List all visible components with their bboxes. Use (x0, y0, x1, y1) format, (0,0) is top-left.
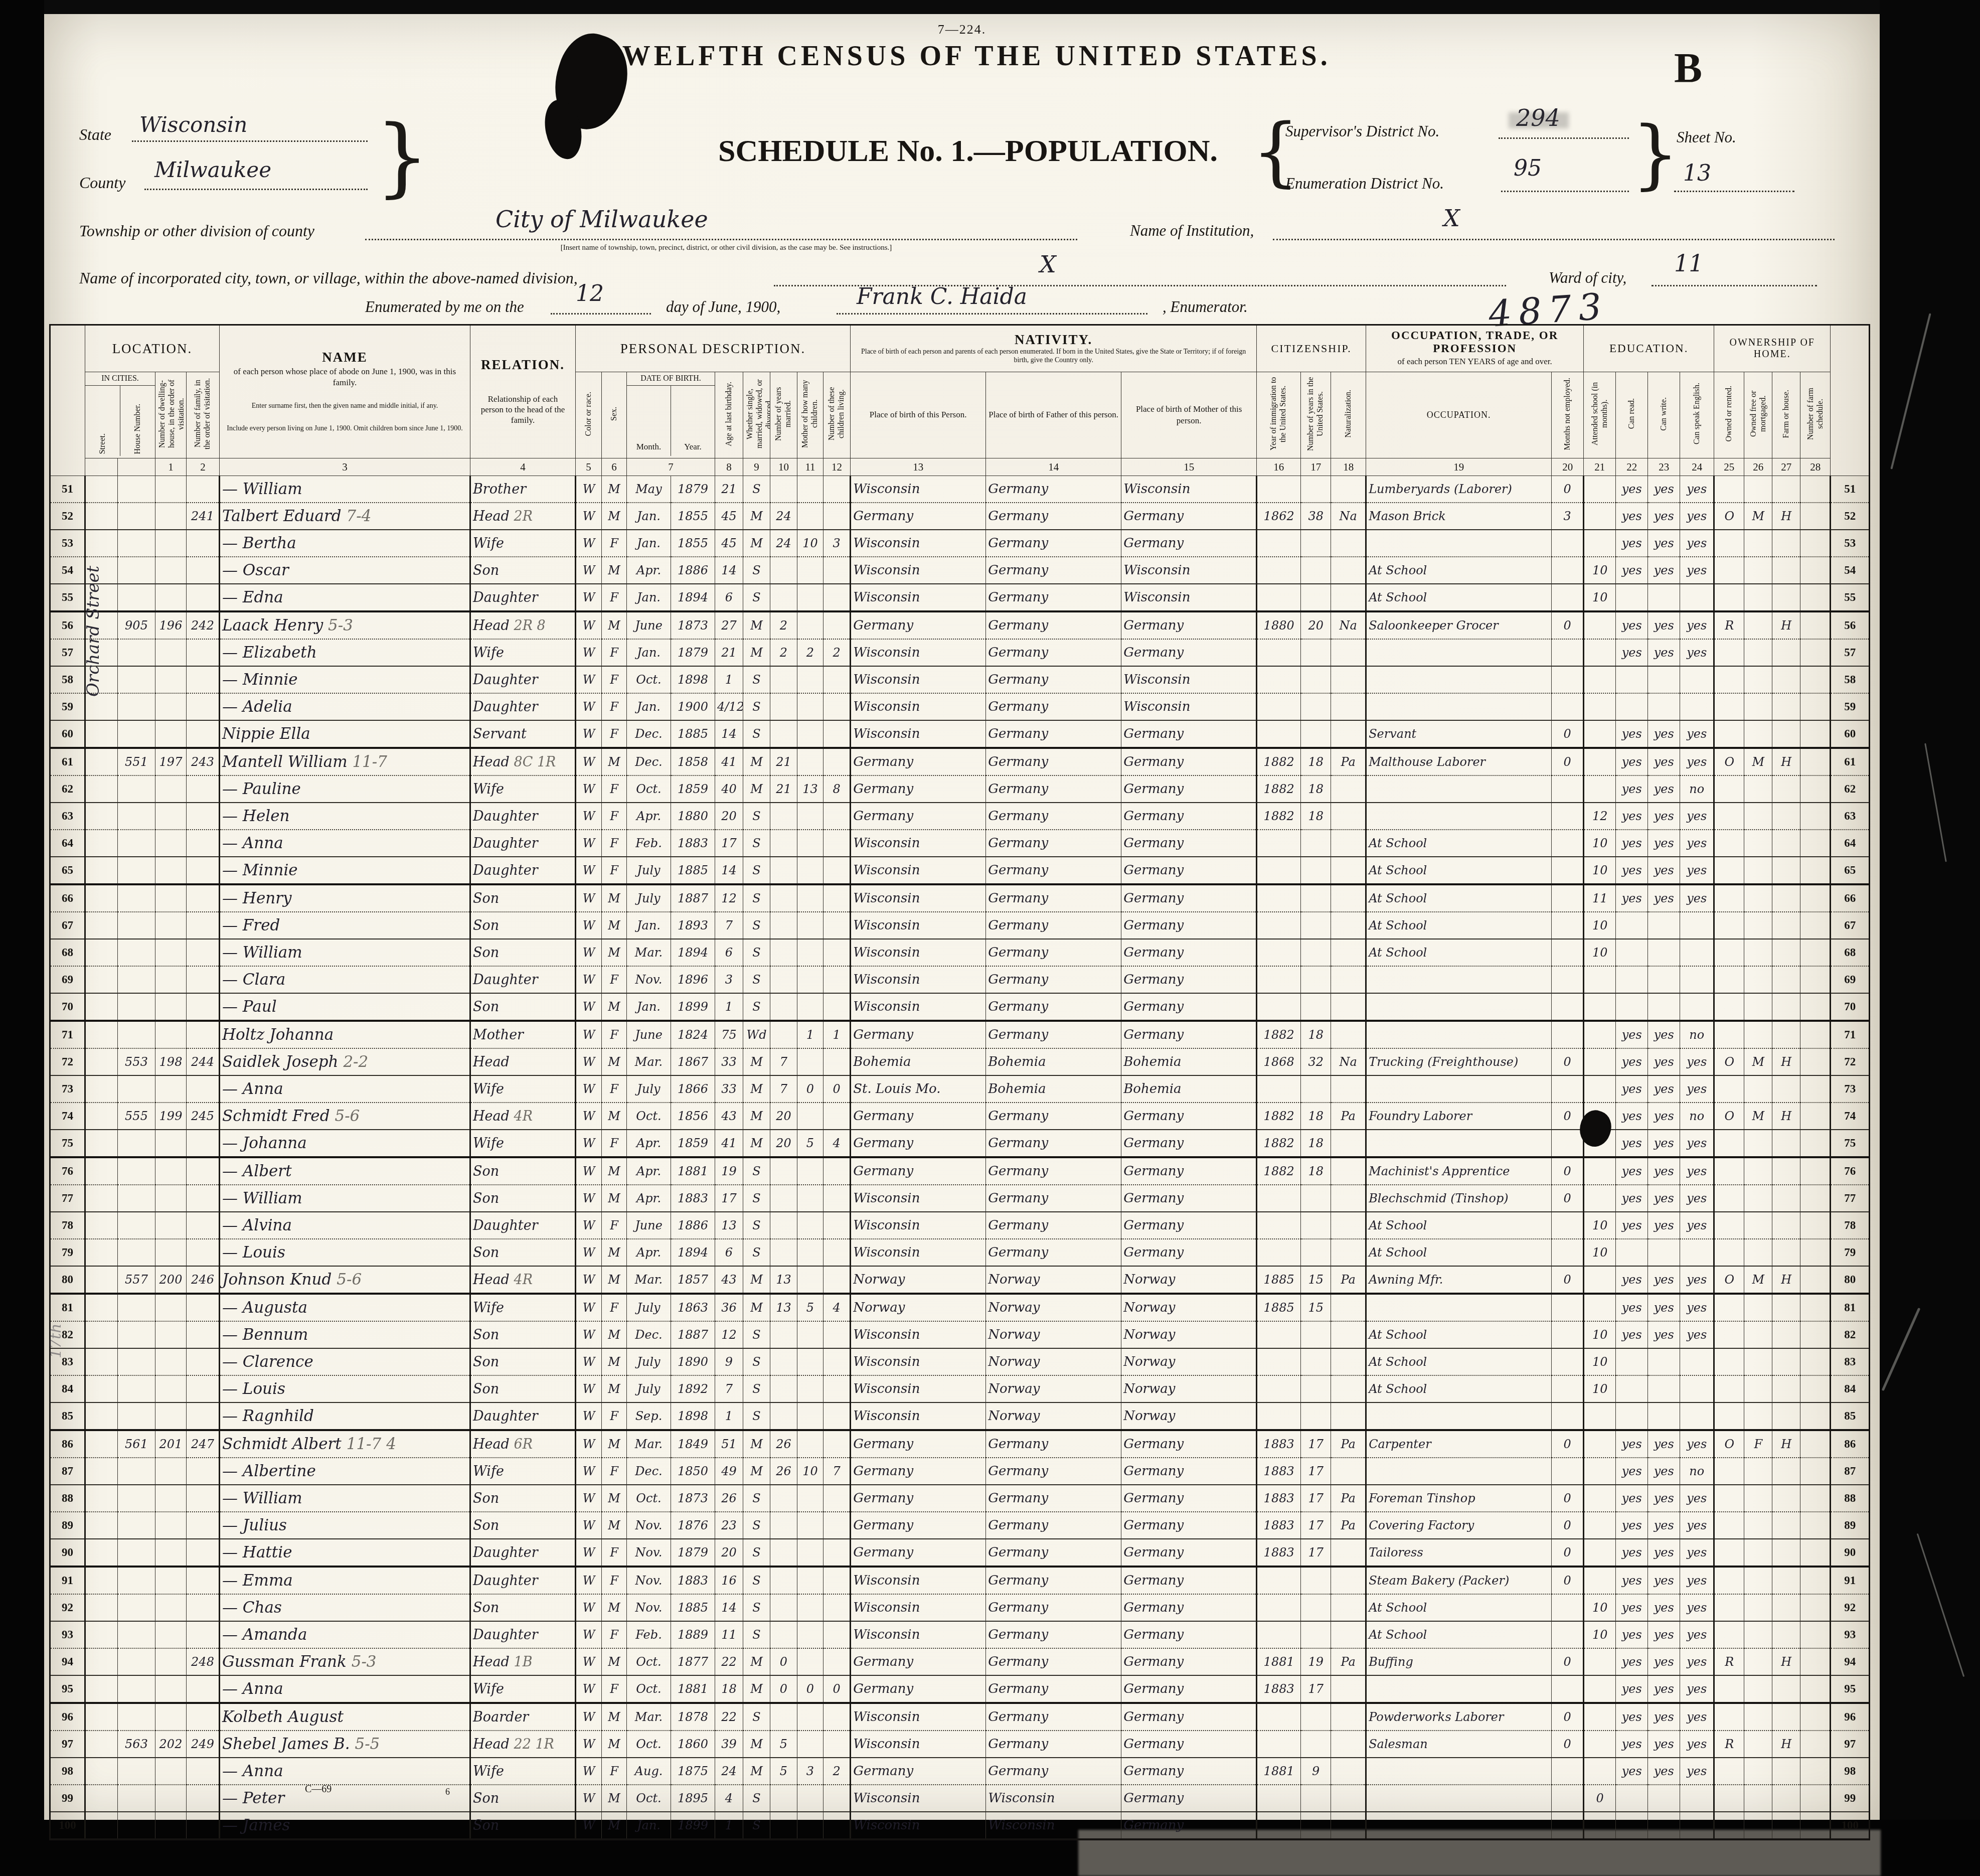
table-row: 82— BennumSonWMDec.188712SWisconsinNorwa… (50, 1321, 1870, 1348)
table-row: 66— HenrySonWMJuly188712SWisconsinGerman… (50, 884, 1870, 912)
county-line (144, 189, 368, 190)
in-cities-label: IN CITIES. (85, 372, 155, 386)
table-row: 98— AnnaWifeWFAug.187524M532GermanyGerma… (50, 1758, 1870, 1785)
table-row: 79— LouisSonWMApr.18946SWisconsinGermany… (50, 1239, 1870, 1266)
col-occupation: OCCUPATION. (1366, 372, 1552, 458)
col-pob-mother: Place of birth of Mother of this person. (1121, 372, 1257, 458)
relation-desc: Relationship of each person to the head … (472, 393, 573, 427)
page-letter: B (1674, 44, 1702, 93)
township-value: City of Milwaukee (496, 206, 708, 233)
table-row: 95— AnnaWifeWFOct.188118M000GermanyGerma… (50, 1675, 1870, 1703)
col-years-in-us: Number of years in the United States. (1306, 374, 1325, 453)
table-row: 93— AmandaDaughterWFFeb.188911SWisconsin… (50, 1621, 1870, 1648)
col-owned-or-rented: Owned or rented. (1724, 386, 1734, 442)
sheet-line (1674, 191, 1794, 192)
line-col-header-right (1831, 325, 1870, 476)
col-naturalization: Naturalization. (1344, 390, 1353, 438)
incorporated-label: Name of incorporated city, town, or vill… (79, 269, 578, 287)
table-row: 97563202249Shebel James B. 5-5Head 22 1R… (50, 1731, 1870, 1758)
table-row: 100— JamesSonWMJan.18991SWisconsinWiscon… (50, 1812, 1870, 1839)
ward-label: Ward of city, (1549, 269, 1626, 287)
col-pob-father: Place of birth of Father of this person. (986, 372, 1121, 458)
state-line (132, 140, 368, 142)
col-in-cities: IN CITIES. Street. House Number. (85, 372, 155, 458)
col-immigration-year: Year of immigration to the United States… (1269, 374, 1288, 453)
table-row: 88— WilliamSonWMOct.187326SGermanyGerman… (50, 1485, 1870, 1512)
table-row: 64— AnnaDaughterWFFeb.188317SWisconsinGe… (50, 830, 1870, 857)
table-row: 84— LouisSonWMJuly18927SWisconsinNorwayN… (50, 1375, 1870, 1402)
table-row: 86561201247Schmidt Albert 11-7 4Head 6RW… (50, 1430, 1870, 1458)
enumerator-line (837, 313, 1147, 315)
table-row: 77— WilliamSonWMApr.188317SWisconsinGerm… (50, 1185, 1870, 1212)
enumerated-post: , Enumerator. (1163, 298, 1248, 316)
enumerator-name: Frank C. Haida (857, 284, 1027, 309)
ward-line (1652, 285, 1817, 286)
group-personal: PERSONAL DESCRIPTION. (576, 325, 851, 372)
column-numbers-row: 12 34 56 7 89 1011 1213 1415 1617 1819 2… (50, 458, 1870, 476)
enum-day: 12 (576, 281, 604, 306)
enumerated-mid: day of June, 1900, (666, 298, 780, 316)
sheet-label: Sheet No. (1677, 128, 1736, 146)
enum-dist-label: Enumeration District No. (1285, 175, 1444, 193)
footer-form-code: C—69 (305, 1784, 332, 1795)
table-row: 81— AugustaWifeWFJuly186336M1354NorwayNo… (50, 1294, 1870, 1321)
group-ownership: OWNERSHIP OF HOME. (1714, 325, 1831, 372)
col-farm-schedule: Number of farm schedule. (1806, 374, 1825, 453)
table-row: 90— HattieDaughterWFNov.187920SGermanyGe… (50, 1539, 1870, 1567)
table-row: 87— AlbertineWifeWFDec.185049M26107Germa… (50, 1458, 1870, 1485)
name-title: NAME (222, 350, 468, 365)
nativity-note: Place of birth of each person and parent… (853, 348, 1254, 366)
table-row: 58— MinnieDaughterWFOct.18981SWisconsinG… (50, 666, 1870, 693)
col-marital: Whether single, married, widowed, or div… (745, 374, 770, 453)
township-note: [Insert name of township, town, precinct… (395, 244, 1057, 252)
margin-note-vertical: 17th (47, 1178, 71, 1358)
table-row: 60Nippie EllaServantWFDec.188514SWiscons… (50, 720, 1870, 748)
group-occupation: OCCUPATION, TRADE, OR PROFESSION of each… (1366, 325, 1584, 372)
sheet-value: 13 (1683, 161, 1711, 186)
col-months-not-employed: Months not employed. (1563, 378, 1572, 450)
table-row: 63— HelenDaughterWFApr.188020SGermanyGer… (50, 803, 1870, 830)
supervisor-line (1499, 137, 1629, 139)
group-relation: RELATION. Relationship of each person to… (470, 325, 576, 458)
table-row: 94248Gussman Frank 5-3Head 1BWMOct.18772… (50, 1648, 1870, 1675)
col-attended-school: Attended school (in months). (1590, 374, 1609, 453)
scan-dark-band-left (0, 0, 44, 1876)
col-can-read: Can read. (1627, 398, 1636, 429)
pencil-smudge (1509, 112, 1569, 128)
col-can-write: Can write. (1659, 397, 1669, 431)
col-can-speak-english: Can speak English. (1692, 383, 1702, 444)
col-years-married: Number of years married. (774, 374, 793, 453)
table-row: 55— EdnaDaughterWFJan.18946SWisconsinGer… (50, 584, 1870, 611)
table-row: 92— ChasSonWMNov.188514SWisconsinGermany… (50, 1594, 1870, 1621)
table-row: 96Kolbeth AugustBoarderWMMar.187822SWisc… (50, 1703, 1870, 1731)
occupation-desc: of each person TEN YEARS of age and over… (1368, 355, 1581, 368)
enumerated-pre: Enumerated by me on the (365, 298, 524, 316)
group-education: EDUCATION. (1584, 325, 1714, 372)
table-row: 62— PaulineWifeWFOct.185940M21138Germany… (50, 775, 1870, 803)
line-col-header (50, 325, 85, 476)
table-row: 53— BerthaWifeWFJan.185545M24103Wisconsi… (50, 530, 1870, 557)
institution-label: Name of Institution, (1130, 222, 1254, 240)
table-row: 51— WilliamBrotherWMMay187921SWisconsinG… (50, 476, 1870, 503)
name-desc: of each person whose place of abode on J… (222, 365, 468, 389)
col-house-number: House Number. (133, 404, 142, 454)
table-row: 52241Talbert Eduard 7-4Head 2RWMJan.1855… (50, 503, 1870, 530)
incorporated-mark: X (1040, 251, 1056, 278)
supervisor-label: Supervisor's District No. (1285, 122, 1439, 140)
group-nativity: NATIVITY. Place of birth of each person … (851, 325, 1257, 372)
col-year: Year. (671, 386, 715, 456)
right-close-brace: } (1631, 117, 1679, 192)
table-row: 85— RagnhildDaughterWFSep.18981SWisconsi… (50, 1402, 1870, 1430)
table-row: 57— ElizabethWifeWFJan.187921M222Wiscons… (50, 639, 1870, 666)
table-row: 70— PaulSonWMJan.18991SWisconsinGermanyG… (50, 993, 1870, 1021)
population-schedule-table: LOCATION. NAME of each person whose plac… (49, 324, 1870, 1840)
col-month: Month. (627, 386, 671, 456)
table-row: 59— AdeliaDaughterWFJan.19004/12SWiscons… (50, 693, 1870, 720)
occupation-title: OCCUPATION, TRADE, OR PROFESSION (1368, 329, 1581, 355)
col-color: Color or race. (584, 392, 593, 436)
col-pob: Place of birth of this Person. (851, 372, 986, 458)
group-name: NAME of each person whose place of abode… (220, 325, 470, 458)
relation-title: RELATION. (472, 357, 573, 373)
enum-dist-value: 95 (1514, 155, 1542, 181)
enum-dist-line (1501, 191, 1629, 192)
dob-label: DATE OF BIRTH. (627, 372, 715, 386)
footer-page-number: 6 (445, 1787, 450, 1797)
table-row: 69— ClaraDaughterWFNov.18963SWisconsinGe… (50, 966, 1870, 993)
group-location: LOCATION. (85, 325, 220, 372)
name-note1: Enter surname first, then the given name… (222, 402, 468, 411)
state-label: State (79, 125, 111, 144)
table-row: 67— FredSonWMJan.18937SWisconsinGermanyG… (50, 912, 1870, 939)
township-label: Township or other division of county (79, 222, 314, 240)
county-label: County (79, 174, 125, 192)
institution-line (1273, 239, 1835, 240)
table-row: 78— AlvinaDaughterWFJune188613SWisconsin… (50, 1212, 1870, 1239)
form-number: 7—224. (44, 22, 1880, 37)
table-row: 65— MinnieDaughterWFJuly188514SWisconsin… (50, 857, 1870, 884)
county-value: Milwaukee (154, 158, 271, 182)
col-owned-free-or-mortgaged: Owned free or mortgaged. (1749, 374, 1768, 453)
left-brace: } (375, 114, 429, 200)
name-note2: Include every person living on June 1, 1… (222, 424, 468, 434)
table-row: 71Holtz JohannaMotherWFJune182475Wd11Ger… (50, 1021, 1870, 1048)
street-name-vertical: Orchard Street (83, 491, 115, 771)
state-value: Wisconsin (139, 112, 247, 137)
institution-mark: X (1443, 205, 1460, 232)
table-row: 76— AlbertSonWMApr.188119SGermanyGermany… (50, 1157, 1870, 1185)
col-mother-of: Mother of how many children. (800, 374, 819, 453)
scan-dark-band-right (1880, 0, 1980, 1876)
table-row: 73— AnnaWifeWFJuly186633M700St. Louis Mo… (50, 1075, 1870, 1103)
table-row: 72553198244Saidlek Joseph 2-2HeadWMMar.1… (50, 1048, 1870, 1075)
ward-value: 11 (1674, 250, 1704, 277)
nativity-title: NATIVITY. (853, 332, 1254, 348)
table-row: 89— JuliusSonWMNov.187623SGermanyGermany… (50, 1512, 1870, 1539)
table-row: 56905196242Laack Henry 5-3Head 2R 8WMJun… (50, 611, 1870, 639)
table-row: 91— EmmaDaughterWFNov.188316SWisconsinGe… (50, 1567, 1870, 1594)
enum-day-line (551, 313, 651, 315)
table-row: 61551197243Mantell William 11-7Head 8C 1… (50, 748, 1870, 775)
col-children-living: Number of these children living. (827, 374, 846, 453)
col-dwelling: Number of dwelling-house, in the order o… (157, 374, 187, 453)
table-row: 68— WilliamSonWMMar.18946SWisconsinGerma… (50, 939, 1870, 966)
census-sheet: 7—224. TWELFTH CENSUS OF THE UNITED STAT… (44, 14, 1880, 1820)
col-street: Street. (98, 433, 107, 454)
table-row: 80557200246Johnson Knud 5-6Head 4RWMMar.… (50, 1266, 1870, 1294)
col-dob: DATE OF BIRTH. Month. Year. (627, 372, 715, 458)
group-citizenship: CITIZENSHIP. (1257, 325, 1366, 372)
table-row: 54— OscarSonWMApr.188614SWisconsinGerman… (50, 557, 1870, 584)
col-farm-or-house: Farm or house. (1781, 390, 1791, 438)
census-scan-page: 7—224. TWELFTH CENSUS OF THE UNITED STAT… (0, 0, 1980, 1876)
col-sex: Sex. (609, 407, 619, 421)
table-row: 83— ClarenceSonWMJuly18909SWisconsinNorw… (50, 1348, 1870, 1375)
col-age: Age at last birthday. (724, 382, 734, 446)
township-line (365, 239, 1077, 240)
census-title: TWELFTH CENSUS OF THE UNITED STATES. (295, 40, 1636, 72)
col-family: Number of family, in the order of visita… (193, 374, 212, 453)
